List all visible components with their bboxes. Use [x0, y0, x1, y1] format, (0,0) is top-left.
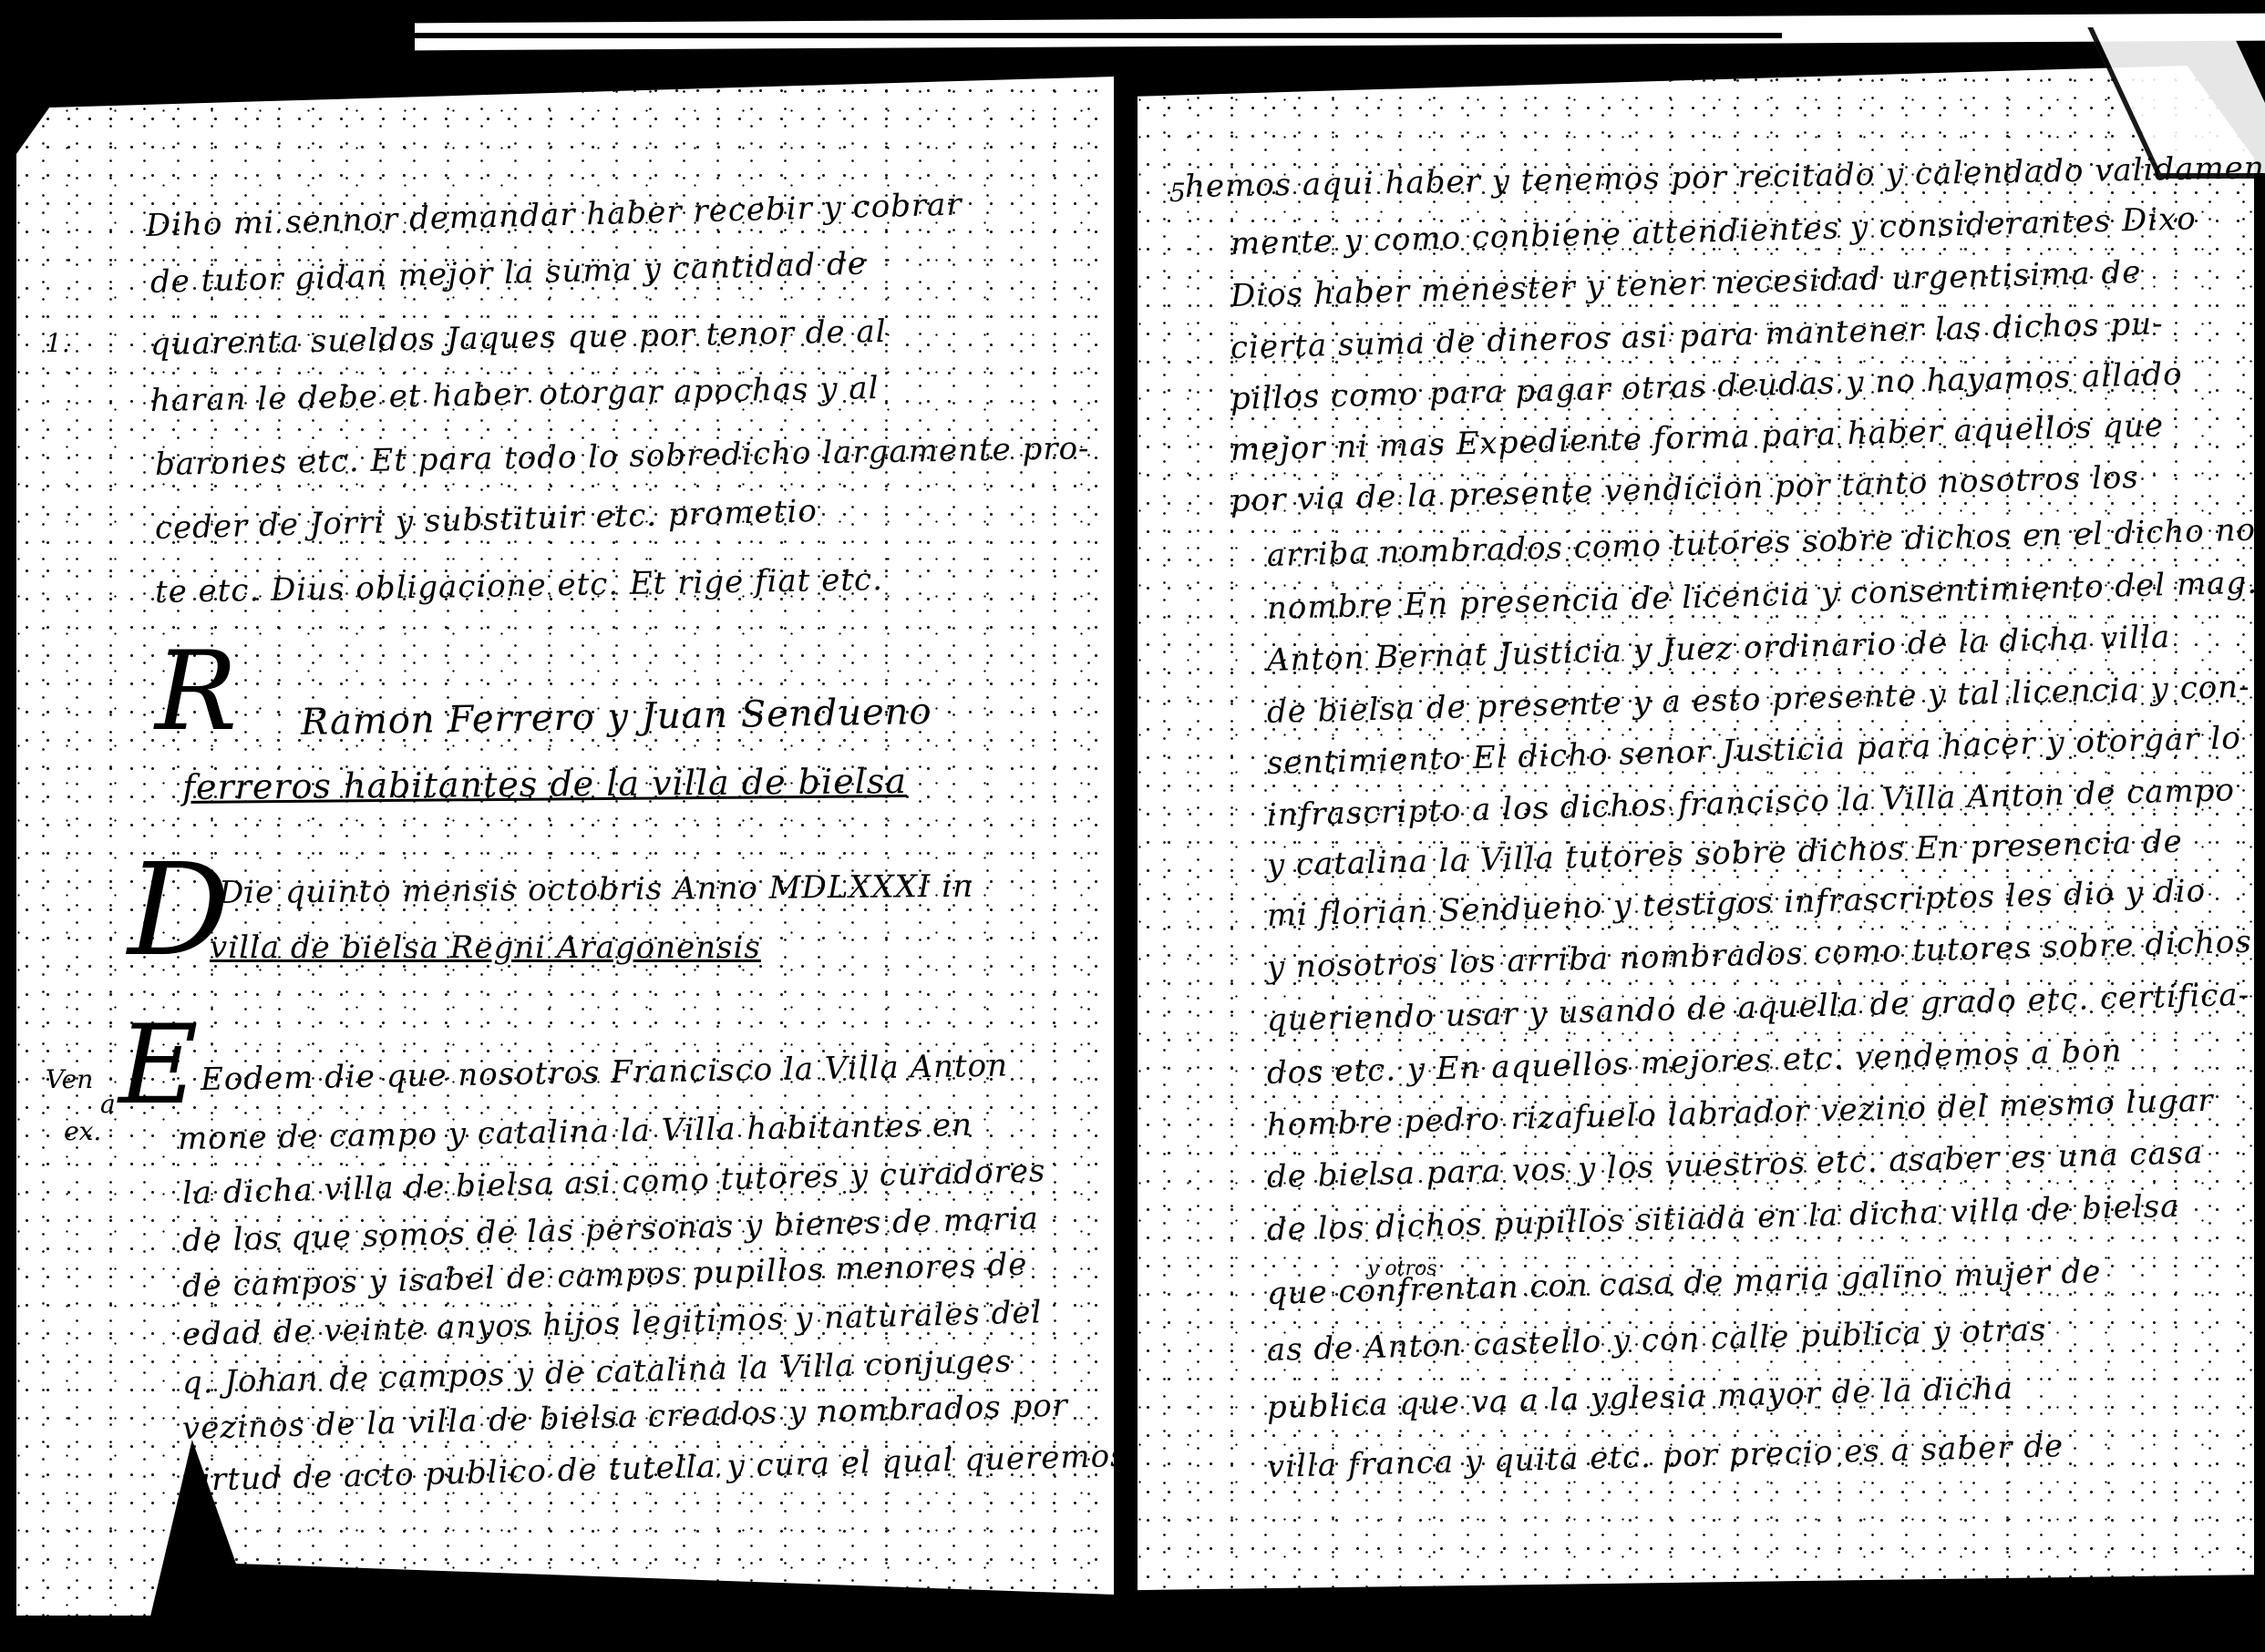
page-top-edge-shadow: [415, 33, 1782, 38]
initial-flourish: R: [155, 638, 237, 747]
scan-bottom-edge: [0, 1616, 2265, 1652]
date-line: Die quinto mensis octobris Anno MDLXXXI …: [219, 868, 973, 911]
margin-note: Ven: [46, 1064, 93, 1094]
page-top-edge: [415, 14, 2265, 51]
entry-heading: ferreros habitantes de la villa de biels…: [182, 761, 907, 807]
margin-note: ex.: [64, 1116, 101, 1146]
initial-flourish: E: [118, 1011, 199, 1121]
scanned-manuscript: 1. Ven a ex. Diho mi sennor demandar hab…: [0, 0, 2265, 1652]
margin-note: a: [100, 1089, 116, 1119]
date-line: villa de bielsa Regni Aragonensis: [210, 929, 761, 966]
margin-note: 1.: [46, 328, 70, 358]
page-gutter: [1114, 49, 1127, 1635]
margin-note: 5: [1169, 178, 1186, 208]
